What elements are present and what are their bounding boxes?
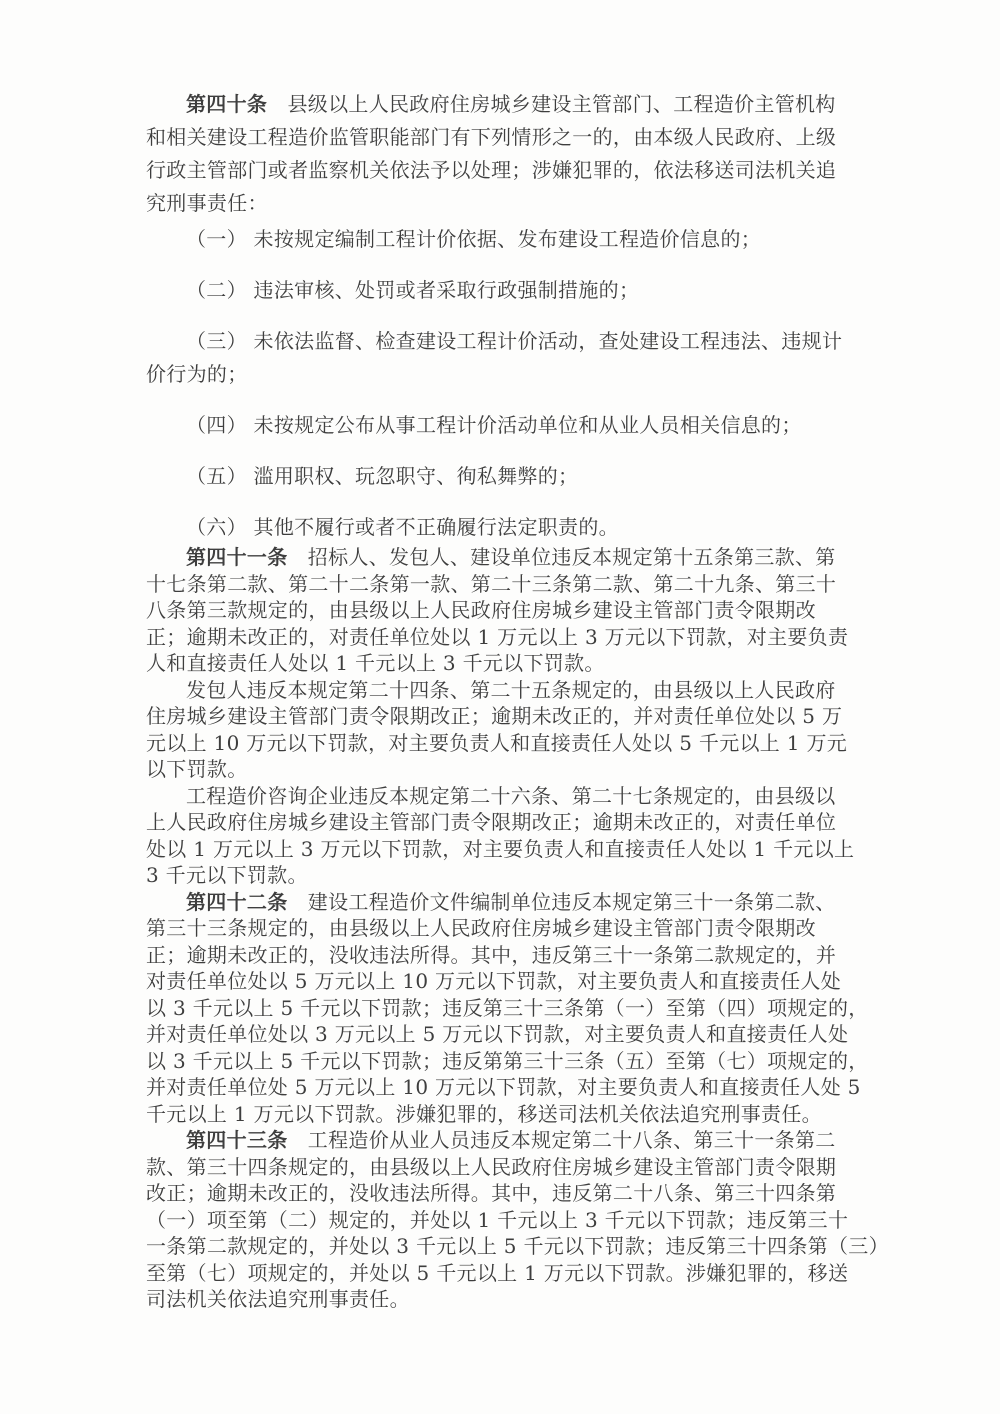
article-43-paragraph: 第四十三条 工程造价从业人员违反本规定第二十八条、第三十一条第二 款、第三十四条… xyxy=(146,1127,946,1313)
article-42-paragraph: 第四十二条 建设工程造价文件编制单位违反本规定第三十一条第二款、 第三十三条规定… xyxy=(146,889,946,1128)
article-40-item-2: （二） 违法审核、处罚或者采取行政强制措施的； xyxy=(146,274,946,307)
article-40-item-6: （六） 其他不履行或者不正确履行法定职责的。 xyxy=(146,511,946,544)
article-40-opening-paragraph: 第四十条 县级以上人民政府住房城乡建设主管部门、工程造价主管机构 和相关建设工程… xyxy=(146,88,946,220)
article-40-item-5: （五） 滥用职权、玩忽职守、徇私舞弊的； xyxy=(146,460,946,493)
article-41-number: 第四十一条 xyxy=(186,545,288,569)
article-40-item-list: （一） 未按规定编制工程计价依据、发布建设工程造价信息的； （二） 违法审核、处… xyxy=(146,223,946,544)
article-41-paragraph-3: 工程造价咨询企业违反本规定第二十六条、第二十七条规定的，由县级以 上人民政府住房… xyxy=(146,783,946,889)
article-40-item-1: （一） 未按规定编制工程计价依据、发布建设工程造价信息的； xyxy=(146,223,946,256)
article-40-item-4: （四） 未按规定公布从事工程计价活动单位和从业人员相关信息的； xyxy=(146,409,946,442)
article-42-body-text: 建设工程造价文件编制单位违反本规定第三十一条第二款、 第三十三条规定的，由县级以… xyxy=(146,890,869,1126)
document-page: 第四十条 县级以上人民政府住房城乡建设主管部门、工程造价主管机构 和相关建设工程… xyxy=(146,88,946,1313)
article-40-item-3: （三） 未依法监督、检查建设工程计价活动，查处建设工程违法、违规计 价行为的； xyxy=(146,325,946,391)
article-40-number: 第四十条 xyxy=(186,92,267,116)
article-43-number: 第四十三条 xyxy=(186,1128,288,1152)
article-40-section: 第四十条 县级以上人民政府住房城乡建设主管部门、工程造价主管机构 和相关建设工程… xyxy=(146,88,946,544)
article-41-paragraph-2: 发包人违反本规定第二十四条、第二十五条规定的，由县级以上人民政府 住房城乡建设主… xyxy=(146,677,946,783)
article-41-opening-paragraph: 第四十一条 招标人、发包人、建设单位违反本规定第十五条第三款、第 十七条第二款、… xyxy=(146,544,946,677)
article-43-body-text: 工程造价从业人员违反本规定第二十八条、第三十一条第二 款、第三十四条规定的，由县… xyxy=(146,1128,889,1311)
articles-41-43-section: 第四十一条 招标人、发包人、建设单位违反本规定第十五条第三款、第 十七条第二款、… xyxy=(146,544,946,1313)
article-42-number: 第四十二条 xyxy=(186,890,288,914)
